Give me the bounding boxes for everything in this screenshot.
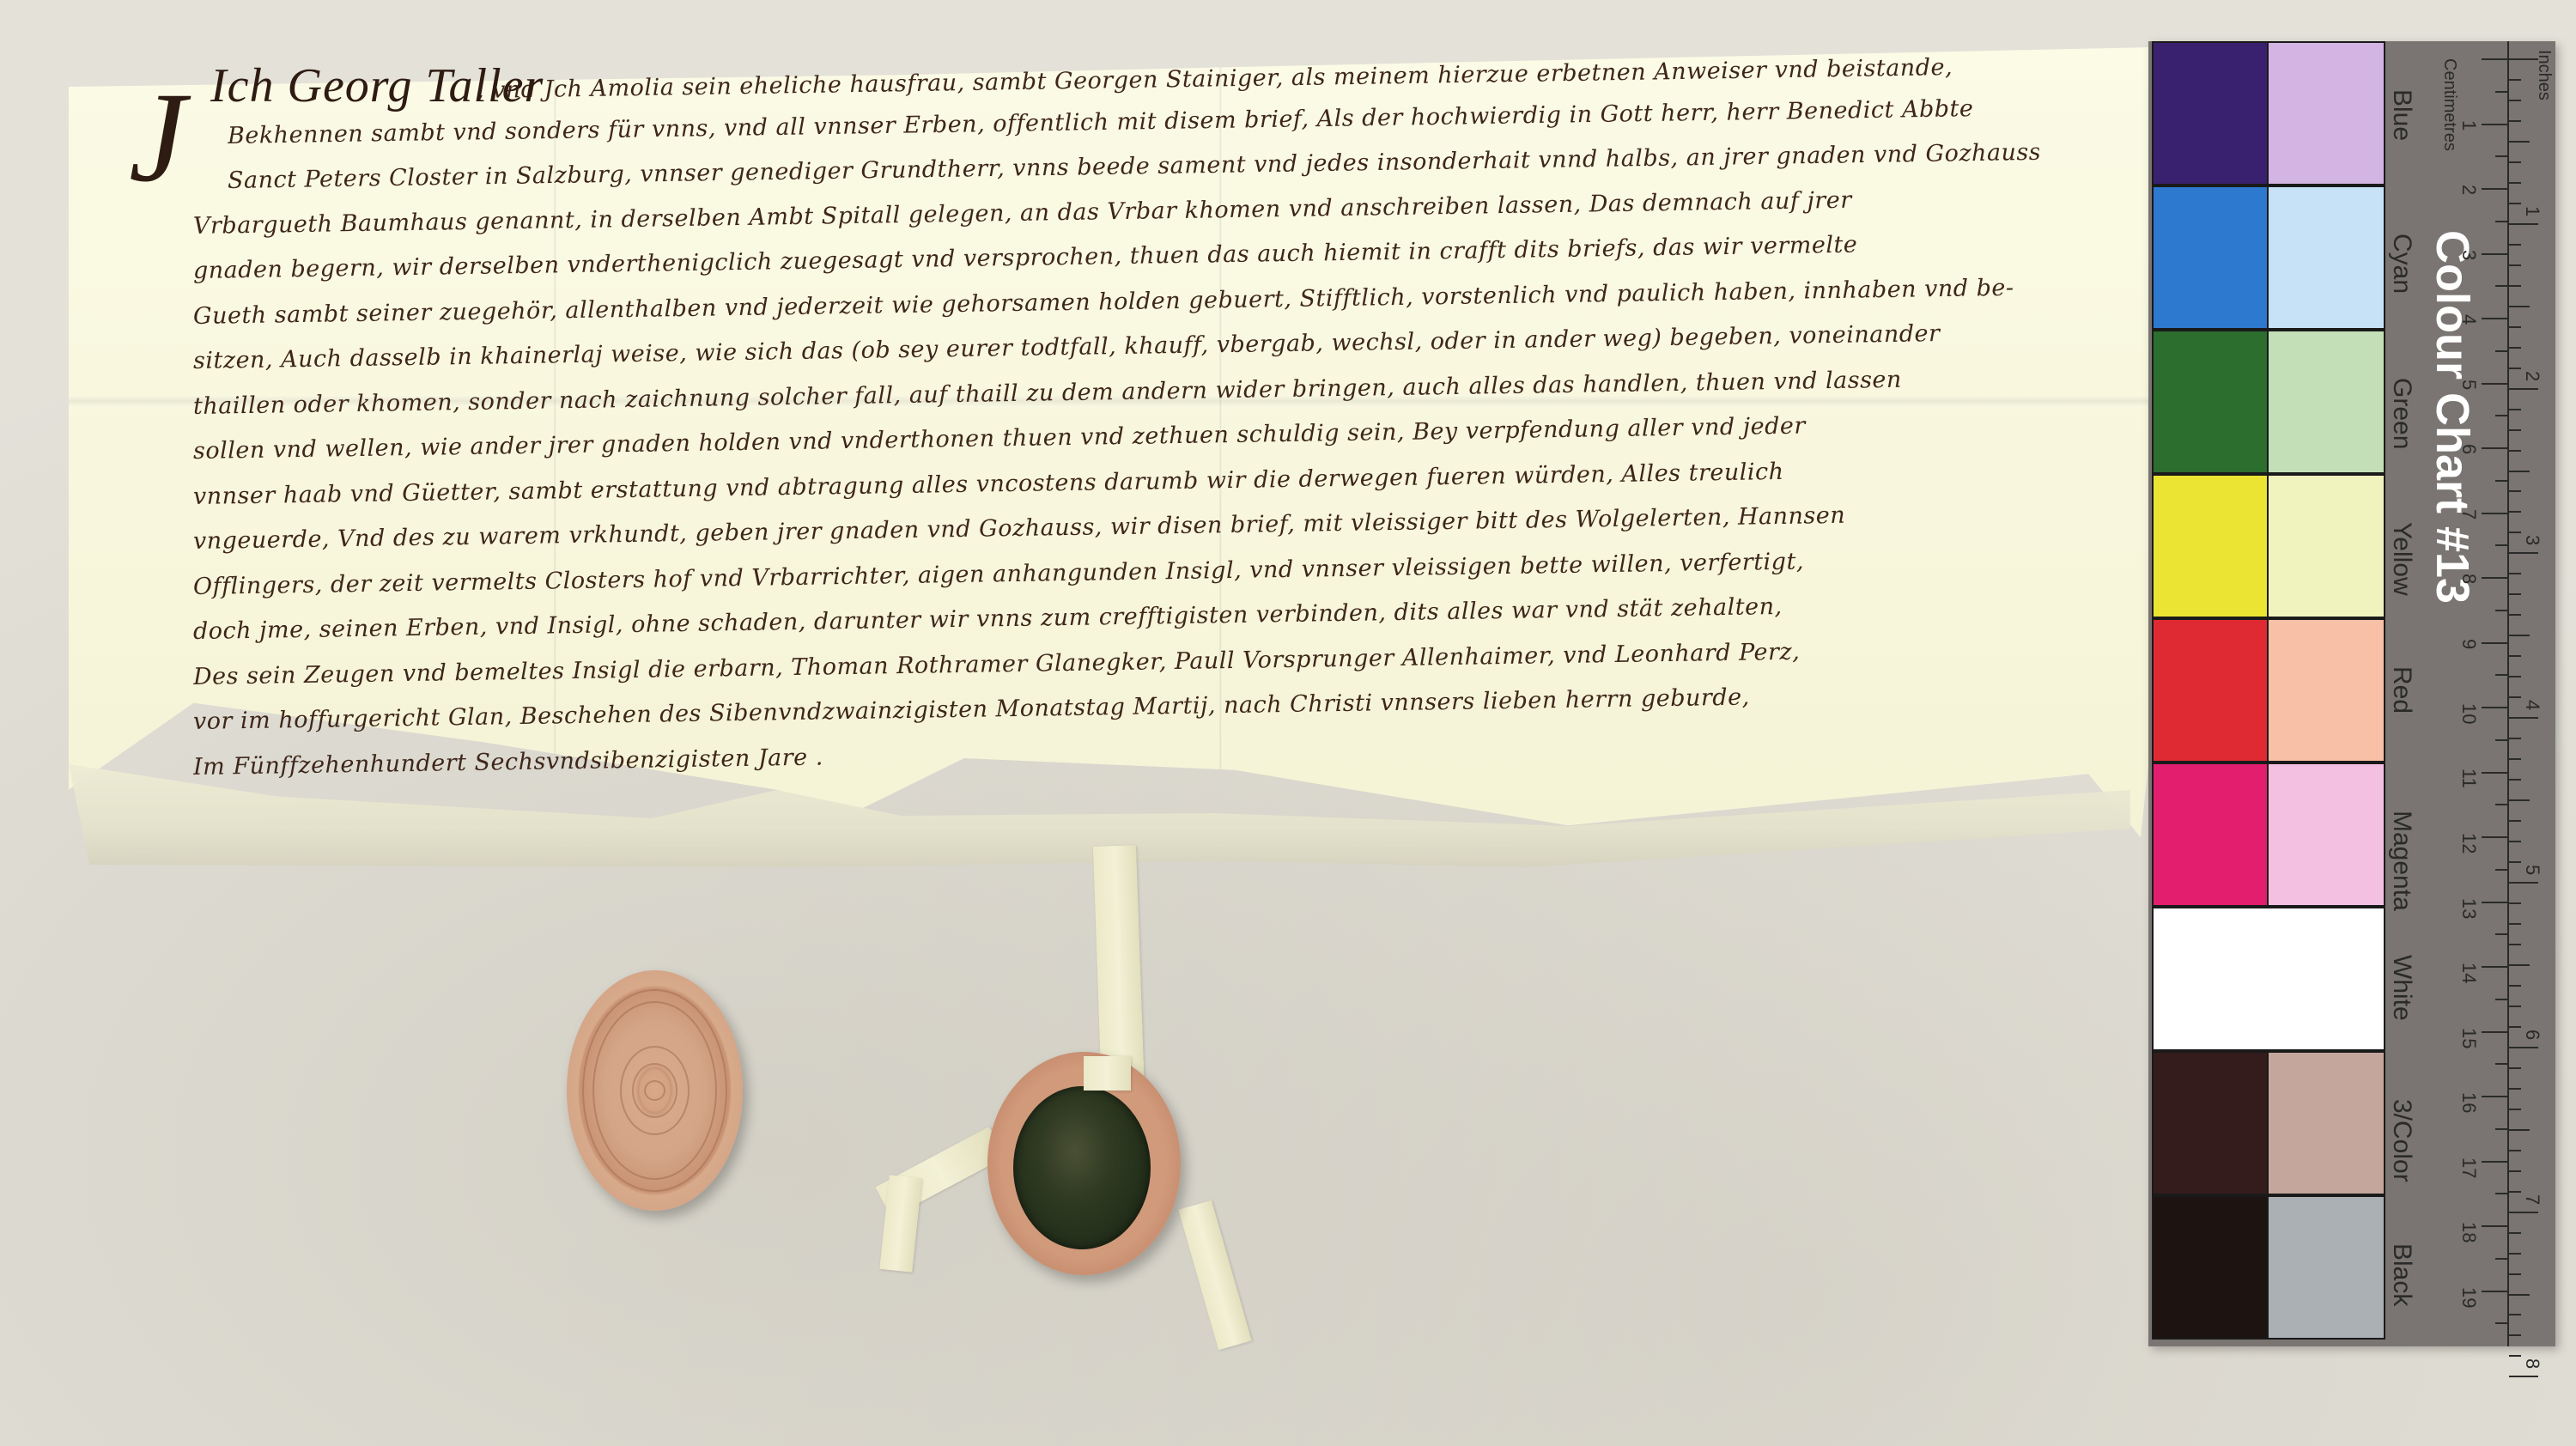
ruler-tick	[2509, 264, 2521, 266]
ruler-tick	[2509, 820, 2521, 822]
ruler-tick	[2495, 999, 2507, 1000]
swatch-label: 3/Color	[2387, 1099, 2416, 1182]
ruler-tick	[2482, 383, 2507, 385]
ruler-tick	[2509, 779, 2521, 781]
swatch-magenta-light	[2267, 762, 2385, 907]
ruler-tick	[2509, 511, 2521, 513]
ruler-tick	[2482, 772, 2507, 774]
centimetre-tick-label: 7	[2458, 509, 2480, 519]
ruler-tick	[2495, 804, 2507, 805]
ruler-tick	[2509, 1026, 2521, 1028]
ruler-tick	[2509, 573, 2521, 574]
ruler-tick	[2509, 552, 2538, 554]
centimetre-tick-label: 2	[2458, 185, 2480, 195]
centimetre-tick-label: 15	[2458, 1028, 2480, 1048]
centimetre-tick-label: 16	[2458, 1092, 2480, 1113]
ruler-tick	[2495, 1128, 2507, 1130]
ruler-tick	[2495, 674, 2507, 676]
swatch-label: White	[2387, 955, 2416, 1021]
centimetre-tick-label: 10	[2458, 703, 2480, 724]
ruler-tick	[2482, 1291, 2507, 1292]
ruler-tick	[2509, 1212, 2538, 1213]
ruler-tick	[2509, 409, 2521, 410]
swatch-label: Magenta	[2387, 811, 2416, 911]
swatch-magenta-dark	[2152, 762, 2269, 907]
ruler-tick	[2509, 79, 2521, 81]
ruler-tick	[2509, 1253, 2521, 1255]
ruler-tick	[2509, 490, 2521, 492]
ruler-tick	[2509, 1273, 2521, 1275]
ruler-tick	[2495, 91, 2507, 93]
ruler-tick	[2482, 1031, 2507, 1033]
ruler-tick	[2509, 326, 2521, 328]
ruler-tick	[2509, 902, 2521, 904]
swatch-red-light	[2267, 618, 2385, 762]
seal-ribbon	[1084, 1056, 1131, 1091]
seal-ribbon	[1178, 1200, 1251, 1350]
centimetre-tick-label: 8	[2458, 574, 2480, 584]
swatch-yellow-dark	[2152, 474, 2269, 618]
ruler-tick	[2509, 100, 2521, 101]
ruler-tick	[2495, 1193, 2507, 1194]
ruler-tick	[2482, 577, 2507, 579]
ruler-tick	[2495, 610, 2507, 611]
ruler-tick	[2495, 155, 2507, 157]
ruler-tick	[2495, 1322, 2507, 1324]
ruler-tick	[2509, 429, 2521, 431]
swatch-black-light	[2267, 1195, 2385, 1340]
ruler-tick	[2509, 368, 2521, 369]
inch-tick-label: 4	[2521, 700, 2543, 710]
wax-seal	[1013, 1086, 1151, 1249]
ruler-tick	[2482, 253, 2507, 255]
inch-tick-label: 1	[2521, 206, 2543, 216]
centimetre-tick-label: 6	[2458, 444, 2480, 454]
swatch-blue-light	[2267, 41, 2385, 185]
ruler-tick	[2495, 480, 2507, 482]
centimetre-tick-label: 9	[2458, 639, 2480, 649]
centimetre-tick-label: 4	[2458, 314, 2480, 325]
ruler-tick	[2509, 1129, 2530, 1131]
centimetre-tick-label: 14	[2458, 963, 2480, 983]
ruler-tick	[2482, 58, 2507, 60]
ruler-tick	[2509, 1376, 2538, 1377]
ruler-tick	[2509, 1006, 2521, 1007]
ruler-tick	[2482, 902, 2507, 903]
swatch-yellow-light	[2267, 474, 2385, 618]
inch-tick-label: 8	[2521, 1358, 2543, 1369]
inch-tick-label: 3	[2521, 535, 2543, 545]
ruler-tick	[2509, 944, 2521, 945]
inch-tick-label: 5	[2521, 865, 2543, 875]
ruler-tick	[2495, 221, 2507, 222]
centimetre-tick-label: 18	[2458, 1222, 2480, 1242]
ruler-tick	[2509, 1067, 2521, 1069]
ruler-tick	[2509, 635, 2530, 636]
centimetre-tick-label: 5	[2458, 380, 2480, 390]
ruler-tick	[2482, 447, 2507, 449]
swatch-green-dark	[2152, 330, 2269, 474]
ruler-tick	[2509, 655, 2521, 657]
ruler-tick	[2509, 1170, 2521, 1172]
ruler-tick	[2482, 642, 2507, 644]
swatch-white	[2152, 907, 2385, 1051]
ruler-tick	[2482, 707, 2507, 708]
centimetre-tick-label: 19	[2458, 1287, 2480, 1308]
decorated-initial: J	[129, 73, 186, 202]
ruler-tick	[2509, 161, 2521, 163]
ruler-tick	[2495, 1258, 2507, 1260]
ruler-tick	[2509, 388, 2538, 390]
swatch-label: Cyan	[2387, 234, 2416, 294]
swatch-black-dark	[2152, 1195, 2269, 1340]
inch-tick-label: 2	[2521, 371, 2543, 381]
ruler-tick	[2509, 1088, 2521, 1090]
ruler-tick	[2495, 869, 2507, 871]
ruler-tick	[2495, 933, 2507, 935]
ruler-tick	[2509, 1191, 2521, 1193]
ruler-tick	[2509, 861, 2521, 863]
ruler-tick	[2509, 285, 2521, 287]
ruler-tick	[2495, 1063, 2507, 1065]
inch-tick-label: 6	[2521, 1030, 2543, 1040]
ruler-tick	[2509, 593, 2521, 595]
centimetre-tick-label: 13	[2458, 898, 2480, 919]
swatch-green-light	[2267, 330, 2385, 474]
swatch-red-dark	[2152, 618, 2269, 762]
ruler-tick	[2482, 188, 2507, 190]
swatch-3-color-dark	[2152, 1051, 2269, 1195]
ruler-tick	[2509, 923, 2521, 925]
ruler-tick	[2509, 964, 2530, 966]
ruler-tick	[2495, 415, 2507, 416]
swatch-label: Blue	[2387, 89, 2416, 141]
swatch-3-color-light	[2267, 1051, 2385, 1195]
ruler-tick	[2482, 318, 2507, 319]
charter-heading: Ich Georg Taller	[210, 58, 544, 113]
ruler-tick	[2482, 513, 2507, 514]
ruler-tick	[2509, 471, 2530, 472]
ruler-tick	[2509, 985, 2521, 987]
swatch-cyan-light	[2267, 185, 2385, 330]
ruler-tick	[2509, 182, 2521, 184]
ruler-tick	[2509, 1109, 2521, 1110]
ruler-tick	[2509, 738, 2521, 739]
centimetre-tick-label: 17	[2458, 1157, 2480, 1178]
measurement-ruler: Inches Centimetres 123456789101112131415…	[2458, 41, 2555, 1346]
ruler-tick	[2509, 532, 2521, 533]
ruler-tick	[2482, 836, 2507, 838]
ruler-tick	[2509, 347, 2521, 349]
ruler-tick	[2495, 285, 2507, 287]
ruler-tick	[2509, 717, 2538, 719]
ruler-tick	[2509, 696, 2521, 698]
ruler-tick	[2495, 739, 2507, 741]
ruler-tick	[2509, 1355, 2521, 1357]
ruler-tick	[2482, 1161, 2507, 1163]
swatch-label: Yellow	[2387, 522, 2416, 596]
swatch-label: Red	[2387, 666, 2416, 714]
ruler-tick	[2509, 120, 2521, 122]
ruler-tick	[2482, 1096, 2507, 1097]
ruler-tick	[2509, 244, 2521, 246]
ruler-tick	[2509, 1150, 2521, 1151]
ruler-tick	[2509, 1047, 2538, 1048]
ruler-tick	[2509, 450, 2521, 452]
swatch-label: Green	[2387, 378, 2416, 449]
seal-capsule-lid	[567, 970, 743, 1211]
centimetres-label: Centimetres	[2439, 58, 2459, 151]
ruler-tick	[2509, 841, 2521, 842]
ruler-tick	[2509, 223, 2538, 225]
centimetre-tick-label: 3	[2458, 250, 2480, 260]
ruler-tick	[2509, 614, 2521, 616]
ruler-tick	[2495, 544, 2507, 546]
ruler-tick	[2509, 676, 2521, 677]
ruler-tick	[2509, 306, 2530, 307]
centimetre-tick-label: 1	[2458, 120, 2480, 131]
ruler-tick	[2509, 882, 2538, 884]
inches-label: Inches	[2534, 50, 2554, 100]
ruler-tick	[2509, 58, 2538, 60]
ruler-tick	[2509, 1232, 2521, 1234]
ruler-tick	[2495, 350, 2507, 352]
inch-tick-label: 7	[2521, 1194, 2543, 1205]
ruler-tick	[2509, 799, 2530, 801]
ruler-tick	[2509, 141, 2530, 143]
swatch-cyan-dark	[2152, 185, 2269, 330]
swatch-label: Black	[2387, 1243, 2416, 1306]
ruler-tick	[2482, 124, 2507, 125]
ruler-tick	[2509, 1294, 2530, 1296]
centimetre-tick-label: 12	[2458, 833, 2480, 854]
swatch-blue-dark	[2152, 41, 2269, 185]
ruler-tick	[2482, 1225, 2507, 1227]
ruler-tick	[2509, 203, 2521, 204]
centimetre-tick-label: 11	[2458, 769, 2480, 788]
ruler-tick	[2509, 1334, 2521, 1336]
ruler-tick	[2482, 966, 2507, 968]
colour-chart: Colour Chart #13 Inches Centimetres 1234…	[2148, 41, 2555, 1346]
ruler-tick	[2509, 1314, 2521, 1315]
ruler-tick	[2509, 758, 2521, 760]
